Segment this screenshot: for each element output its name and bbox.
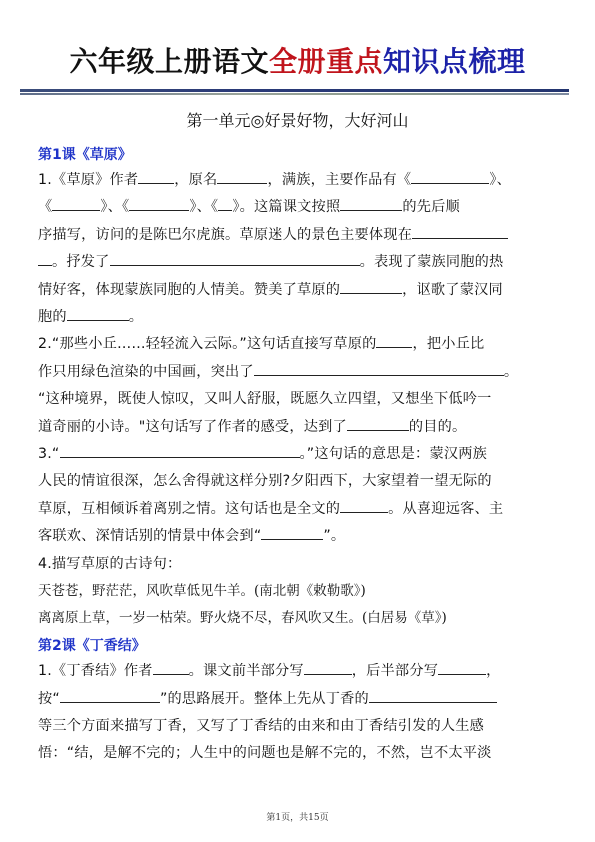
text-line: 1.《丁香结》作者。课文前半部分写，后半部分写， (38, 658, 558, 685)
fill-blank (376, 333, 412, 348)
lesson-heading: 第1课《草原》 (38, 145, 558, 167)
fill-blank (38, 251, 52, 266)
text-line: 3.“。”这句话的意思是：蒙汉两族 (38, 441, 558, 468)
title-divider-dark (20, 89, 569, 92)
text-line: 按“”的思路展开。整体上先从丁香的 (38, 686, 558, 713)
text-line: 人民的情谊很深，怎么舍得就这样分别?夕阳西下，大家望着一望无际的 (38, 468, 558, 495)
fill-blank (138, 169, 174, 184)
fill-blank (110, 251, 360, 266)
document-title: 六年级上册语文全册重点知识点梳理 (0, 44, 595, 80)
fill-blank (304, 660, 352, 675)
title-part-red: 全册重点 (269, 45, 383, 78)
lesson-heading: 第2课《丁香结》 (38, 636, 558, 658)
fill-blank (261, 525, 323, 540)
text-line: 作只用绿色渲染的中国画，突出了。 (38, 359, 558, 386)
text-line: 《》、《》、《》。这篇课文按照的先后顺 (38, 194, 558, 221)
text-line: “这种境界，既使人惊叹，又叫人舒服，既愿久立四望，又想坐下低吟一 (38, 386, 558, 413)
text-line: 2.“那些小丘……轻轻流入云际。”这句话直接写草原的，把小丘比 (38, 331, 558, 358)
title-divider-light (20, 93, 569, 95)
fill-blank (67, 306, 129, 321)
text-line: 4.描写草原的古诗句： (38, 551, 558, 578)
text-line: 草原，互相倾诉着离别之情。这句话也是全文的。从喜迎远客、主 (38, 496, 558, 523)
document-body: 第1课《草原》 1.《草原》作者，原名，满族，主要作品有《》、 《》、《》、《》… (38, 145, 558, 768)
text-line: 序描写，访问的是陈巴尔虎旗。草原迷人的景色主要体现在 (38, 222, 558, 249)
title-part-black: 六年级上册语文 (69, 45, 269, 78)
fill-blank (369, 688, 497, 703)
poem-line: 天苍苍，野茫茫，风吹草低见牛羊。(南北朝《敕勒歌》) (38, 578, 558, 605)
text-line: 胞的。 (38, 304, 558, 331)
text-line: 1.《草原》作者，原名，满族，主要作品有《》、 (38, 167, 558, 194)
fill-blank (60, 688, 160, 703)
fill-blank (129, 196, 189, 211)
fill-blank (217, 169, 267, 184)
text-line: 悟：“结，是解不完的；人生中的问题也是解不完的，不然，岂不太平淡 (38, 740, 558, 767)
fill-blank (52, 196, 100, 211)
fill-blank (347, 416, 409, 431)
fill-blank (411, 169, 489, 184)
fill-blank (218, 196, 232, 211)
fill-blank (340, 196, 402, 211)
page-number: 第1页，共15页 (0, 810, 595, 823)
fill-blank (254, 361, 504, 376)
fill-blank (438, 660, 486, 675)
fill-blank (340, 279, 402, 294)
text-line: 情好客，体现蒙族同胞的人情美。赞美了草原的，讴歌了蒙汉同 (38, 277, 558, 304)
unit-heading: 第一单元◎好景好物，大好河山 (0, 110, 595, 132)
text-line: 客联欢、深情话别的情景中体会到“”。 (38, 523, 558, 550)
fill-blank (153, 660, 189, 675)
fill-blank (340, 498, 388, 513)
text-line: 等三个方面来描写丁香，又写了丁香结的由来和由丁香结引发的人生感 (38, 713, 558, 740)
text-line: 道奇丽的小诗。"这句话写了作者的感受，达到了的目的。 (38, 414, 558, 441)
text-line: 。抒发了。表现了蒙族同胞的热 (38, 249, 558, 276)
title-part-blue: 知识点梳理 (383, 45, 526, 78)
poem-line: 离离原上草，一岁一枯荣。野火烧不尽，春风吹又生。(白居易《草》) (38, 605, 558, 632)
fill-blank (412, 224, 508, 239)
fill-blank (60, 443, 300, 458)
